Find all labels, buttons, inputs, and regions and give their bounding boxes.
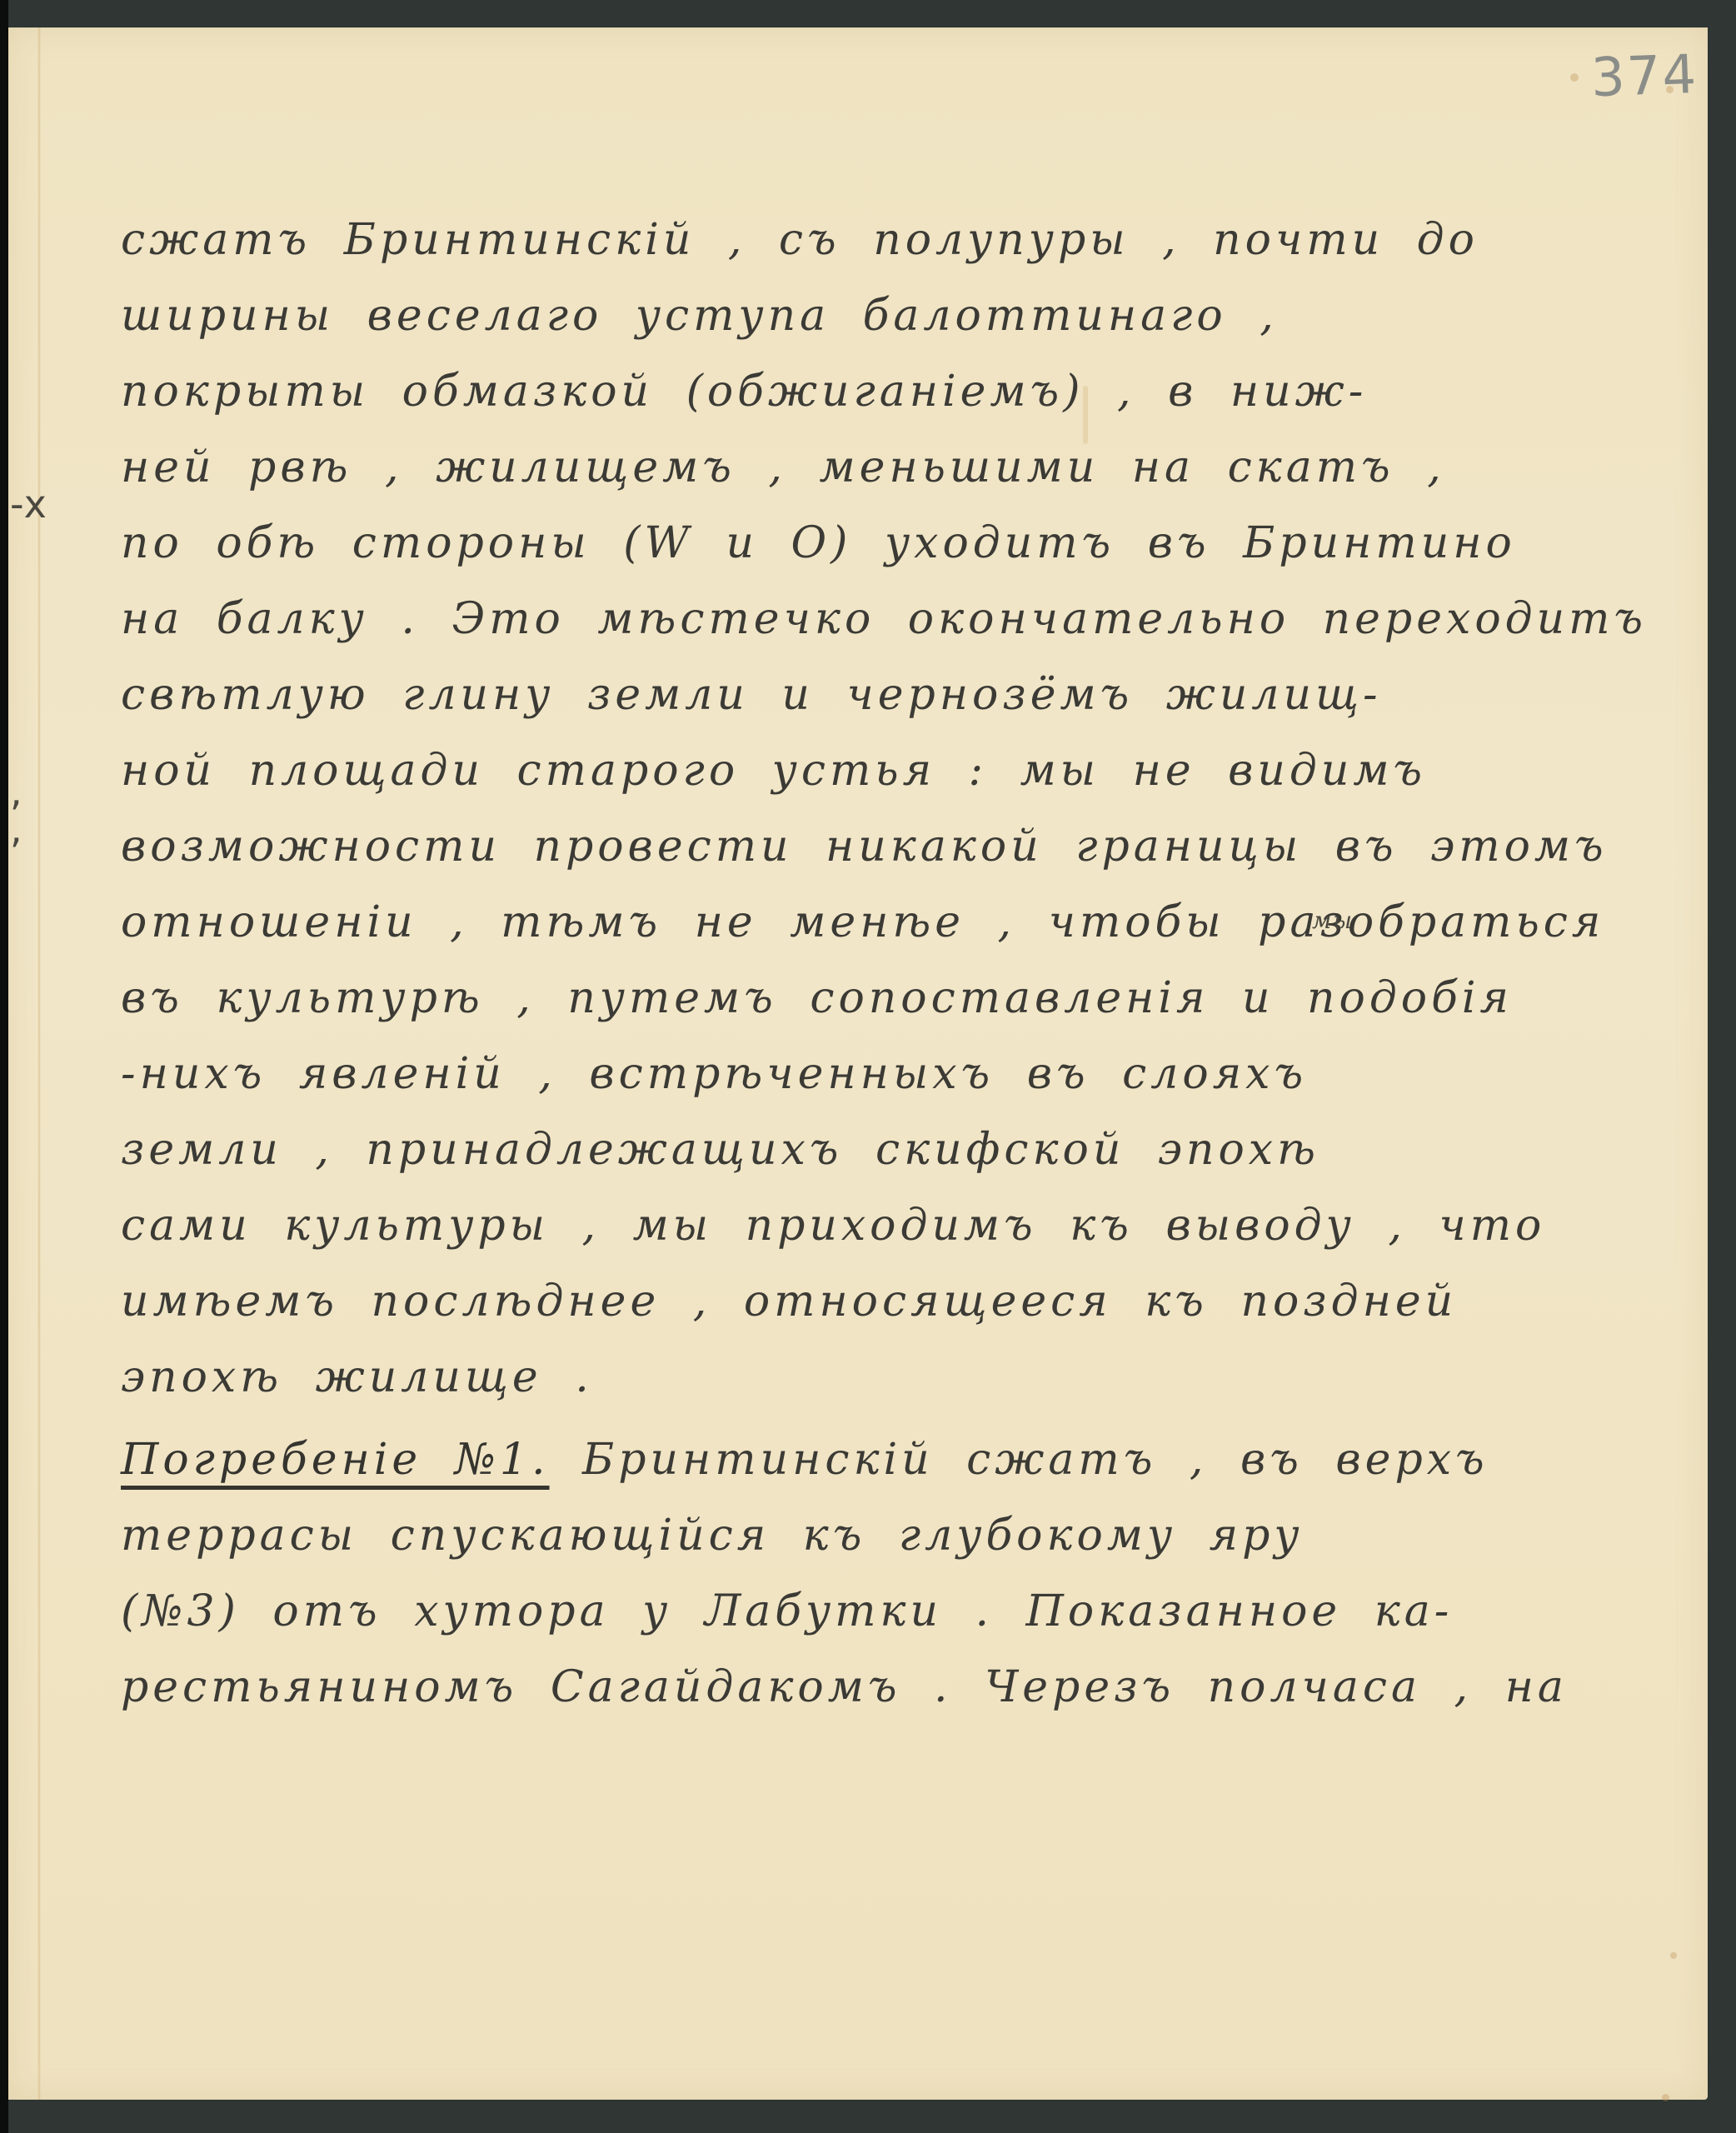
interlinear-insertion: мы: [1312, 907, 1354, 934]
scan-left-edge: [0, 0, 8, 2133]
text-line: террасы спускающійся къ глубокому яру: [121, 1498, 1687, 1574]
text-line: имѣемъ послѣднее , относящееся къ поздне…: [121, 1264, 1687, 1340]
folio-number: 374: [1590, 44, 1699, 109]
margin-mark: -x: [10, 482, 47, 527]
text-line: по обѣ стороны (W и O) уходитъ въ Бринти…: [121, 506, 1687, 582]
text-line: покрыты обмазкой (обжиганiемъ) , в ниж-: [121, 354, 1687, 430]
foxing-spot: [1670, 1952, 1677, 1959]
text-line: въ культурѣ , путемъ сопоставленія и под…: [121, 961, 1687, 1037]
manuscript-page: 374 -x , , сжатъ Бринтинскiй , съ полупу…: [8, 27, 1708, 2100]
text-line: -нихъ явленій , встрѣченныхъ въ слояхъ: [121, 1037, 1687, 1112]
text-line: отношеніи , тѣмъ не менѣе , чтобы разобр…: [121, 885, 1687, 961]
foxing-spot: [1570, 73, 1579, 82]
text-line: эпохѣ жилище .: [121, 1340, 1687, 1416]
text-line: на балку . Это мѣстечко окончательно пер…: [121, 582, 1687, 657]
section-heading-line: Погребеніе №1. Бринтинскiй сжатъ , въ ве…: [121, 1422, 1687, 1498]
handwritten-text-body: сжатъ Бринтинскiй , съ полупуры , почти …: [121, 202, 1687, 1726]
text-line: ной площади старого устья : мы не видимъ: [121, 733, 1687, 809]
foxing-spot: [1662, 2094, 1669, 2101]
paper-fold-line: [37, 27, 41, 2100]
text-line: рестьяниномъ Сагайдакомъ . Черезъ полчас…: [121, 1650, 1687, 1726]
text-line: возможности провести никакой границы въ …: [121, 809, 1687, 885]
text-line: ней рвѣ , жилищемъ , меньшими на скатъ ,: [121, 430, 1687, 506]
text-line: ширины веселаго уступа балоттинаго ,: [121, 278, 1687, 354]
text-line: земли , принадлежащихъ скифской эпохѣ: [121, 1112, 1687, 1188]
text-line: свѣтлую глину земли и чернозёмъ жилищ-: [121, 657, 1687, 733]
section-heading-label: Погребеніе №1.: [121, 1435, 550, 1485]
section-heading-text: Бринтинскiй сжатъ , въ верхъ: [582, 1435, 1489, 1485]
text-line: сами культуры , мы приходимъ къ выводу ,…: [121, 1188, 1687, 1264]
margin-mark: ,: [10, 807, 22, 852]
text-line: (№3) отъ хутора у Лабутки . Показанное к…: [121, 1574, 1687, 1650]
text-line: сжатъ Бринтинскiй , съ полупуры , почти …: [121, 202, 1687, 278]
